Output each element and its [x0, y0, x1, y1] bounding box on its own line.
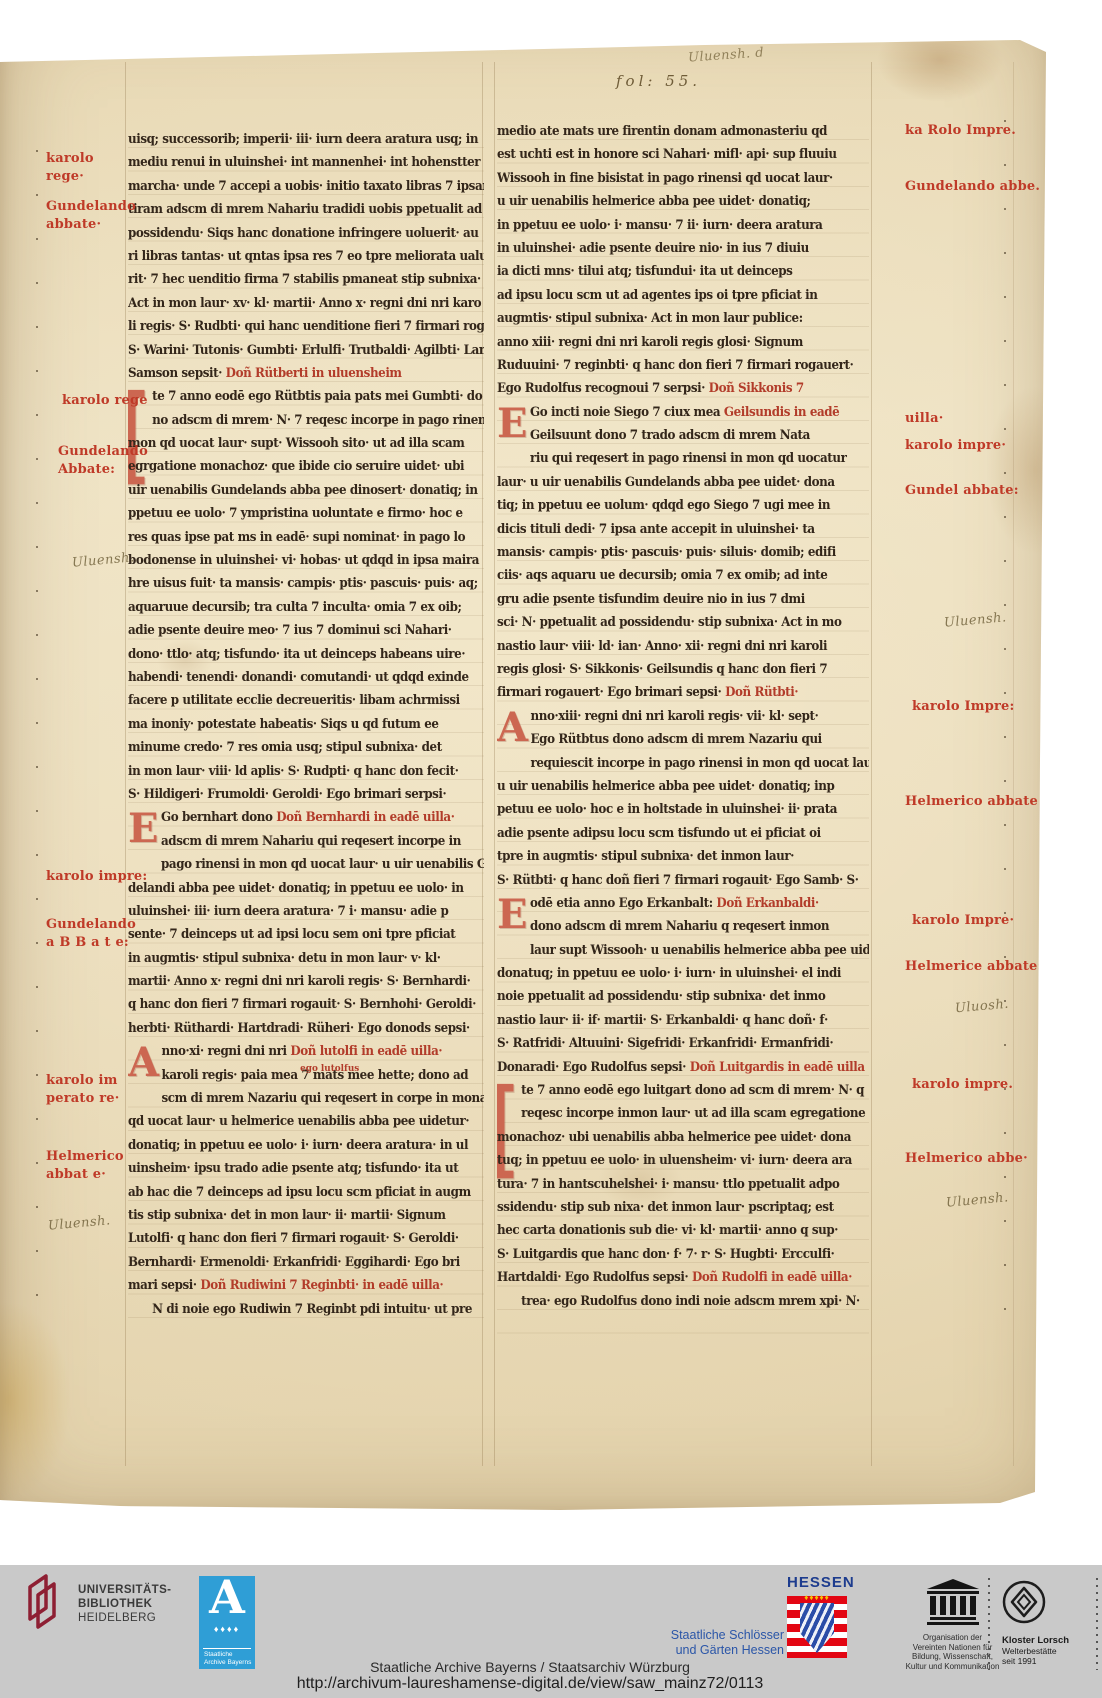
manuscript-text-line: mon qd uocat laur· supt· Wissooh sito· u…: [128, 432, 459, 455]
ink-text: regis glosi· S· Sikkonis· Geilsundis q h…: [497, 662, 827, 677]
marginal-cursive-note: Uluensh.: [47, 1212, 111, 1235]
manuscript-text-line: in mon laur· viii· ld aplis· S· Rudpti· …: [128, 760, 459, 783]
manuscript-text-line: sente· 7 deinceps ut ad ipsi locu sem on…: [128, 923, 459, 946]
manuscript-text-line: Bernhardi· Ermenoldi· Erkanfridi· Eggiha…: [128, 1251, 459, 1274]
ink-text: Ego Rütbtus dono adscm di mrem Nazariu q…: [531, 732, 822, 747]
ink-text: donatuq; in ppetuu ee uolo· i· iurn· in …: [497, 966, 841, 981]
manuscript-text-line: te 7 anno eodē ego luitgart dono ad scm …: [497, 1079, 843, 1102]
ink-text: ciis· aqs aquaru ue decursib; omia 7 ex …: [497, 568, 827, 583]
charter-block: Jtrea· ego Rudolfus dono indi noie adscm…: [497, 1290, 869, 1313]
ink-text: uisq; successorib; imperii· iii· iurn de…: [128, 132, 478, 147]
ink-text: herbti· Rüthardi· Hartdradi· Rüheri· Ego…: [128, 1021, 470, 1036]
ub-line3: HEIDELBERG: [78, 1611, 171, 1625]
manuscript-text-line: res quas ipse pat ms in eadē· supi nomin…: [128, 526, 459, 549]
ink-text: Ruduuini· 7 reginbti· q hanc don fieri 7…: [497, 358, 853, 373]
ink-text: li regis· S· Rudbti· qui hanc uenditione…: [128, 319, 484, 334]
manuscript-text-line: u uir uenabilis helmerice abba pee uidet…: [497, 190, 843, 213]
ink-text: te 7 anno eodē ego luitgart dono ad scm …: [521, 1083, 864, 1098]
archive-divider: [203, 1648, 251, 1649]
dotted-separator: [988, 1578, 990, 1670]
manuscript-text-line: S· Luitgardis que hanc don· f· 7· r· S· …: [497, 1243, 843, 1266]
charter-block: medio ate mats ure firentin donam admona…: [497, 120, 869, 401]
text-column-left: uisq; successorib; imperii· iii· iurn de…: [128, 128, 484, 1333]
ub-heidelberg-book-icon: [22, 1573, 74, 1638]
charter-block: Anno·xi· regni dni nri Doñ lutolfi in ea…: [128, 1040, 484, 1297]
manuscript-text-line: adie psente deuire meo· 7 ius 7 dominui …: [128, 619, 459, 642]
marginal-rubric: karolo imperato re·: [46, 1072, 119, 1108]
ink-text: habendi· tenendi· donandi· comutandi· ut…: [128, 670, 469, 685]
ink-text: nno·xiii· regni dni nri karoli regis· vi…: [531, 709, 819, 724]
manuscript-text-line: S· Warini· Tutonis· Gumbti· Erlulfi· Tru…: [128, 339, 459, 362]
manuscript-text-line: odē etia anno Ego Erkanbalt: Doñ Erkanba…: [497, 892, 843, 915]
ink-text: hre uisus fuit· ta mansis· campis· ptis·…: [128, 576, 478, 591]
manuscript-text-line: ri libras tantas· ut qntas ipsa res 7 eo…: [128, 245, 459, 268]
ink-text: adscm di mrem Nahariu qui reqesert incor…: [161, 834, 461, 849]
manuscript-text-line: martii· Anno x· regni dni nri karoli reg…: [128, 970, 459, 993]
ink-text: ia dicti mns· tilui atq; tisfundui· ita …: [497, 264, 792, 279]
manuscript-text-line: egrgatione monachoz· que ibide cio serui…: [128, 455, 459, 478]
marginal-rubric: Helmerice abbate:: [905, 958, 1043, 976]
manuscript-text-line: regis glosi· S· Sikkonis· Geilsundis q h…: [497, 658, 843, 681]
manuscript-text-line: requiescit incorpe in pago rinensi in mo…: [497, 752, 843, 775]
digitized-manuscript-viewer: fol: 55. Uluensh.Uluensh. d uisq; succes…: [0, 0, 1102, 1698]
ink-text: Wissooh in fine bisistat in pago rinensi…: [497, 171, 833, 186]
manuscript-text-line: delandi abba pee uidet· donatiq; in ppet…: [128, 877, 459, 900]
marginal-rubric: Gundelando abbe.: [905, 178, 1040, 196]
ink-text: Lutolfi· q hanc don fieri 7 firmari roga…: [128, 1231, 459, 1246]
marginal-rubric: Helmerico abbate: [905, 793, 1038, 811]
manuscript-text-line: ad ipsu locu scm ut ad agentes ips oi tp…: [497, 284, 843, 307]
ink-text: N di noie ego Rudiwin 7 Reginbt pdi intu…: [152, 1302, 472, 1317]
ink-text: martii· Anno x· regni dni nri karoli reg…: [128, 974, 470, 989]
manuscript-text-line: rit· 7 hec uenditio firma 7 stabilis pma…: [128, 268, 459, 291]
ink-text: tuq; in ppetuu ee uolo· in uluensheim· v…: [497, 1153, 852, 1168]
prick-marks: [36, 150, 38, 1335]
manuscript-text-line: mansis· campis· ptis· pascuis· puis· sil…: [497, 541, 843, 564]
marginal-rubric: Gundel abbate:: [905, 482, 1019, 500]
ink-text: donatiq; in ppetuu ee uolo· i· iurn· dee…: [128, 1138, 468, 1153]
credit-line: Staatliche Archive Bayerns / Staatsarchi…: [0, 1659, 1060, 1675]
manuscript-text-line: Wissooh in fine bisistat in pago rinensi…: [497, 167, 843, 190]
hessen-lion-shield-icon: [800, 1603, 834, 1653]
ink-text: ad ipsu locu scm ut ad agentes ips oi tp…: [497, 288, 818, 303]
manuscript-text-line: Ego Rudolfus recognoui 7 serpsi· Doñ Sik…: [497, 377, 843, 400]
marginal-rubric: karolo impre:: [46, 868, 147, 886]
ink-text: medio ate mats ure firentin donam admona…: [497, 124, 827, 139]
marginal-rubric: karolo impre.: [912, 1076, 1013, 1094]
ink-text: tiram adscm di mrem Nahariu tradidi uobi…: [128, 202, 482, 217]
ink-text: laur supt Wissooh· u uenabilis helmerice…: [530, 943, 869, 958]
manuscript-text-line: Geilsuunt dono 7 trado adscm di mrem Nat…: [497, 424, 843, 447]
ink-text: S· Rütbti· q hanc doñ fieri 7 firmari ro…: [497, 873, 858, 888]
ink-text: nno·xi· regni dni nri: [162, 1044, 291, 1059]
rubric-text: Doñ Rütberti in uluensheim: [226, 366, 402, 381]
ink-text: dono· ttlo· atq; tisfundo· ita ut deince…: [128, 647, 465, 662]
rubric-text: Doñ Rudolfi in eadē uilla·: [692, 1270, 852, 1285]
ink-text: egrgatione monachoz· que ibide cio serui…: [128, 459, 464, 474]
ink-text: sci· N· ppetualit ad possidendu· stip su…: [497, 615, 842, 630]
ub-line1: UNIVERSITÄTS-: [78, 1583, 171, 1597]
dotted-separator: [1096, 1578, 1098, 1670]
manuscript-text-line: tura· 7 in hantscuhelshei· i· mansu· ttl…: [497, 1173, 843, 1196]
marginal-rubric: karolorege·: [46, 150, 94, 186]
ink-text: uinsheim· ipsu trado adie psente atq; ti…: [128, 1161, 458, 1176]
rubric-text: Doñ Bernhardi in eadē uilla·: [276, 810, 454, 825]
ink-text: q hanc don fieri 7 firmari rogauit· S· B…: [128, 997, 476, 1012]
unesco-logo-block: Organisation der Vereinten Nationen für …: [905, 1579, 1000, 1671]
ink-text: S· Ratfridi· Altuuini· Sigefridi· Erkanf…: [497, 1036, 833, 1051]
ink-text: mon qd uocat laur· supt· Wissooh sito· u…: [128, 436, 464, 451]
ink-text: Bernhardi· Ermenoldi· Erkanfridi· Eggiha…: [128, 1255, 460, 1270]
manuscript-text-line: donatuq; in ppetuu ee uolo· i· iurn· in …: [497, 962, 843, 985]
manuscript-text-line: ssidendu· stip sub nixa· det inmon laur·…: [497, 1196, 843, 1219]
manuscript-text-line: firmari rogauert· Ego brimari sepsi· Doñ…: [497, 681, 843, 704]
ink-text: in mon laur· viii· ld aplis· S· Rudpti· …: [128, 764, 458, 779]
manuscript-text-line: q hanc don fieri 7 firmari rogauit· S· B…: [128, 993, 459, 1016]
ink-text: u uir uenabilis helmerice abba pee uidet…: [497, 779, 834, 794]
ink-text: odē etia anno Ego Erkanbalt:: [530, 896, 716, 911]
ink-text: sente· 7 deinceps ut ad ipsi locu sem on…: [128, 927, 455, 942]
manuscript-text-line: no adscm di mrem· N· 7 reqesc incorpe in…: [128, 409, 459, 432]
manuscript-text-line: possidendu· Siqs hanc donatione infringe…: [128, 222, 459, 245]
ink-text: riu qui reqesert in pago rinensi in mon …: [530, 451, 846, 466]
marginal-cursive-note: Uluensh.: [943, 609, 1007, 632]
ruling-line: [871, 62, 872, 1466]
marginal-rubric: karolo Impre·: [912, 912, 1014, 930]
manuscript-page: fol: 55. Uluensh.Uluensh. d uisq; succes…: [0, 0, 1052, 1515]
marginal-rubric: karolo Impre:: [912, 698, 1015, 716]
manuscript-text-line: nastio laur· ii· if· martii· S· Erkanbal…: [497, 1009, 843, 1032]
marginal-cursive-note: Uluensh.: [945, 1189, 1009, 1212]
rubric-text: Doñ Rütbti·: [725, 685, 798, 700]
manuscript-text-line: pago rinensi in mon qd uocat laur· u uir…: [128, 853, 459, 876]
text-column-right: medio ate mats ure firentin donam admona…: [497, 120, 869, 1342]
ink-text: tura· 7 in hantscuhelshei· i· mansu· ttl…: [497, 1177, 839, 1192]
ink-text: monachoz· ubi uenabilis abba helmerice p…: [497, 1130, 851, 1145]
manuscript-text-line: aquaruue decursib; tra culta 7 inculta· …: [128, 596, 459, 619]
ink-text: uluinshei· iii· iurn deera aratura· 7 i·…: [128, 904, 448, 919]
manuscript-text-line: herbti· Rüthardi· Hartdradi· Rüheri· Ego…: [128, 1017, 459, 1040]
ink-text: S· Warini· Tutonis· Gumbti· Erlulfi· Tru…: [128, 343, 484, 358]
manuscript-text-line: Samson sepsit· Doñ Rütberti in uluenshei…: [128, 362, 459, 385]
manuscript-text-line: uinsheim· ipsu trado adie psente atq; ti…: [128, 1157, 459, 1180]
manuscript-text-line: noie ppetualit ad possidendu· stip subni…: [497, 985, 843, 1008]
manuscript-text-line: uir uenabilis Gundelands abba pee dinose…: [128, 479, 459, 502]
rubric-text: Doñ Luitgardis in eadē uilla: [690, 1060, 865, 1075]
ink-text: scm di mrem Nazariu qui reqesert in corp…: [162, 1091, 484, 1106]
charter-block: Ite 7 anno eodē ego Rütbtis paia pats me…: [128, 385, 484, 806]
prick-marks: [1004, 120, 1006, 1315]
ink-text: requiescit incorpe in pago rinensi in mo…: [531, 756, 869, 771]
hessen-crown-icon: ♦♦♦♦♦: [787, 1594, 847, 1602]
marginal-rubric: Gundelandoa B B a t e:: [46, 916, 136, 952]
ink-text: pago rinensi in mon qd uocat laur· u uir…: [161, 857, 484, 872]
unesco-temple-icon: [927, 1579, 979, 1625]
manuscript-text-line: Lutolfi· q hanc don fieri 7 firmari roga…: [128, 1227, 459, 1250]
ink-text: augmtis· stipul subnixa· Act in mon laur…: [497, 311, 803, 326]
manuscript-text-line: tiq; in ppetuu ee uolum· qdqd ego Siego …: [497, 494, 843, 517]
ink-text: ri libras tantas· ut qntas ipsa res 7 eo…: [128, 249, 484, 264]
ink-text: trea· ego Rudolfus dono indi noie adscm …: [521, 1294, 860, 1309]
ink-text: in uluinshei· adie psente deuire nio· in…: [497, 241, 809, 256]
manuscript-text-line: u uir uenabilis helmerice abba pee uidet…: [497, 775, 843, 798]
manuscript-text-line: Act in mon laur· xv· kl· martii· Anno x·…: [128, 292, 459, 315]
manuscript-text-line: dono adscm di mrem Nahariu q reqesert in…: [497, 915, 843, 938]
manuscript-text-line: riu qui reqesert in pago rinensi in mon …: [497, 447, 843, 470]
ink-text: gru adie psente tisfundim deuire nio in …: [497, 592, 805, 607]
ink-text: in augmtis· stipul subnixa· detu in mon …: [128, 951, 441, 966]
ink-text: delandi abba pee uidet· donatiq; in ppet…: [128, 881, 464, 896]
ink-text: adie psente adipsu locu scm tisfundo ut …: [497, 826, 821, 841]
ink-text: rit· 7 hec uenditio firma 7 stabilis pma…: [128, 272, 481, 287]
manuscript-text-line: in uluinshei· adie psente deuire nio· in…: [497, 237, 843, 260]
ink-text: mediu renui in uluinshei· int mannenhei·…: [128, 155, 480, 170]
ink-text: Donaradi· Ego Rudolfus sepsi·: [497, 1060, 690, 1075]
ink-text: Go bernhart dono: [161, 810, 276, 825]
manuscript-text-line: nno·xiii· regni dni nri karoli regis· vi…: [497, 705, 843, 728]
charter-block: Anno·xiii· regni dni nri karoli regis· v…: [497, 705, 869, 892]
ink-text: possidendu· Siqs hanc donatione infringe…: [128, 226, 479, 241]
manuscript-text-line: ab hac die 7 deinceps ad ipsu locu scm p…: [128, 1181, 459, 1204]
rubric-text: Doñ Erkanbaldi·: [716, 896, 818, 911]
manuscript-text-line: facere p utilitate ecclie decreueritis· …: [128, 689, 459, 712]
manuscript-text-line: mari sepsi· Doñ Rudiwini 7 Reginbti· in …: [128, 1274, 459, 1297]
ink-text: reqesc incorpe inmon laur· ut ad illa sc…: [521, 1106, 865, 1121]
manuscript-text-line: scm di mrem Nazariu qui reqesert in corp…: [128, 1087, 459, 1110]
ink-text: Hartdaldi· Ego Rudolfus sepsi·: [497, 1270, 692, 1285]
manuscript-text-line: S· Hildigeri· Frumoldi· Geroldi· Ego bri…: [128, 783, 459, 806]
manuscript-text-line: bodonense in uluinshei· vi· hobas· ut qd…: [128, 549, 459, 572]
manuscript-text-line: ma inoniy· potestate habeatis· Siqs u qd…: [128, 713, 459, 736]
manuscript-text-line: minume credo· 7 res omia usq; stipul sub…: [128, 736, 459, 759]
marginal-rubric: GundelandoAbbate:: [58, 443, 148, 479]
archive-a-glyph: A: [199, 1570, 255, 1624]
ink-text: hec carta donationis sub die· vi· kl· ma…: [497, 1223, 838, 1238]
charter-block: JN di noie ego Rudiwin 7 Reginbt pdi int…: [128, 1298, 484, 1321]
ink-text: minume credo· 7 res omia usq; stipul sub…: [128, 740, 442, 755]
ink-text: petuu ee uolo· hoc e in holtstade in ulu…: [497, 802, 837, 817]
manuscript-text-line: Hartdaldi· Ego Rudolfus sepsi· Doñ Rudol…: [497, 1266, 843, 1289]
schloesser-gaerten-caption: Staatliche Schlösser und Gärten Hessen: [671, 1628, 784, 1658]
marginal-rubric: uilla·: [905, 410, 943, 428]
ub-heidelberg-wordmark: UNIVERSITÄTS- BIBLIOTHEK HEIDELBERG: [78, 1583, 171, 1625]
ink-text: noie ppetualit ad possidendu· stip subni…: [497, 989, 825, 1004]
ink-text: qd uocat laur· u helmerice uenabilis abb…: [128, 1114, 469, 1129]
ink-text: tiq; in ppetuu ee uolum· qdqd ego Siego …: [497, 498, 830, 513]
manuscript-text-line: S· Ratfridi· Altuuini· Sigefridi· Erkanf…: [497, 1032, 843, 1055]
ink-text: dono adscm di mrem Nahariu q reqesert in…: [530, 919, 829, 934]
ink-text: uir uenabilis Gundelands abba pee dinose…: [128, 483, 478, 498]
ink-text: in ppetuu ee uolo· i· mansu· 7 ii· iurn·…: [497, 218, 822, 233]
manuscript-text-line: S· Rütbti· q hanc doñ fieri 7 firmari ro…: [497, 869, 843, 892]
manuscript-text-line: anno xiii· regni dni nri karoli regis gl…: [497, 331, 843, 354]
manuscript-text-line: medio ate mats ure firentin donam admona…: [497, 120, 843, 143]
ink-text: firmari rogauert· Ego brimari sepsi·: [497, 685, 725, 700]
manuscript-text-line: N di noie ego Rudiwin 7 Reginbt pdi intu…: [128, 1298, 459, 1321]
marginal-rubric: Helmericoabbat e·: [46, 1148, 124, 1184]
ruling-line: [494, 62, 495, 1466]
manuscript-text-line: Donaradi· Ego Rudolfus sepsi· Doñ Luitga…: [497, 1056, 843, 1079]
manuscript-text-line: tiram adscm di mrem Nahariu tradidi uobi…: [128, 198, 459, 221]
credit-block: Staatliche Archive Bayerns / Staatsarchi…: [0, 1659, 1060, 1693]
ink-text: Go incti noie Siego 7 ciux mea: [530, 405, 724, 420]
folio-number: fol: 55.: [616, 72, 701, 90]
charter-block: EGo incti noie Siego 7 ciux mea Geilsund…: [497, 401, 869, 705]
manuscript-text-line: reqesc incorpe inmon laur· ut ad illa sc…: [497, 1102, 843, 1125]
source-url: http://archivum-laureshamense-digital.de…: [0, 1675, 1060, 1693]
manuscript-text-line: Go bernhart dono Doñ Bernhardi in eadē u…: [128, 806, 459, 829]
ink-text: laur· u uir uenabilis Gundelands abba pe…: [497, 475, 835, 490]
manuscript-text-line: ia dicti mns· tilui atq; tisfundui· ita …: [497, 260, 843, 283]
footer-bar: UNIVERSITÄTS- BIBLIOTHEK HEIDELBERG A ♦♦…: [0, 1565, 1102, 1698]
charter-block: EGo bernhart dono Doñ Bernhardi in eadē …: [128, 806, 484, 1040]
charter-block: Eodē etia anno Ego Erkanbalt: Doñ Erkanb…: [497, 892, 869, 1079]
early-modern-annotation: Uluensh.: [110, 32, 174, 51]
charter-block: Ite 7 anno eodē ego luitgart dono ad scm…: [497, 1079, 869, 1290]
kloster-lorsch-seal-icon: [1002, 1580, 1046, 1624]
ink-text: Geilsuunt dono 7 trado adscm di mrem Nat…: [530, 428, 810, 443]
ink-text: ab hac die 7 deinceps ad ipsu locu scm p…: [128, 1185, 471, 1200]
ink-text: aquaruue decursib; tra culta 7 inculta· …: [128, 600, 461, 615]
manuscript-text-line: li regis· S· Rudbti· qui hanc uenditione…: [128, 315, 459, 338]
ink-text: Ego Rudolfus recognoui 7 serpsi·: [497, 381, 709, 396]
manuscript-text-line: adie psente adipsu locu scm tisfundo ut …: [497, 822, 843, 845]
marginal-rubric: Gundelandoabbate·: [46, 198, 136, 234]
manuscript-text-line: petuu ee uolo· hoc e in holtstade in ulu…: [497, 798, 843, 821]
manuscript-text-line: tis stip subnixa· det in mon laur· ii· m…: [128, 1204, 459, 1227]
manuscript-text-line: karoli regis· paia mea 7 mats mee hette;…: [128, 1064, 459, 1087]
manuscript-text-line: habendi· tenendi· donandi· comutandi· ut…: [128, 666, 459, 689]
manuscript-text-line: laur supt Wissooh· u uenabilis helmerice…: [497, 939, 843, 962]
ub-line2: BIBLIOTHEK: [78, 1597, 171, 1611]
manuscript-text-line: nastio laur· viii· ld· ian· Anno· xii· r…: [497, 635, 843, 658]
ink-text: no adscm di mrem· N· 7 reqesc incorpe in…: [152, 413, 484, 428]
early-modern-annotation: Uluensh. d: [688, 45, 765, 65]
ruling-line: [125, 62, 126, 1466]
manuscript-text-line: uisq; successorib; imperii· iii· iurn de…: [128, 128, 459, 151]
marginal-rubric: karolo rege: [62, 392, 148, 410]
manuscript-text-line: tpre in augmtis· stipul subnixa· det inm…: [497, 845, 843, 868]
interlinear-note: ego lutolfus: [300, 1057, 359, 1080]
staatliche-archive-bayerns-logo: A ♦♦♦♦ Staatliche Archive Bayerns: [199, 1576, 255, 1669]
ink-text: ma inoniy· potestate habeatis· Siqs u qd…: [128, 717, 439, 732]
ink-text: adie psente deuire meo· 7 ius 7 dominui …: [128, 623, 452, 638]
manuscript-text-line: Ego Rütbtus dono adscm di mrem Nazariu q…: [497, 728, 843, 751]
manuscript-text-line: donatiq; in ppetuu ee uolo· i· iurn· dee…: [128, 1134, 459, 1157]
manuscript-text-line: qd uocat laur· u helmerice uenabilis abb…: [128, 1110, 459, 1133]
archive-diamonds-icon: ♦♦♦♦: [199, 1624, 255, 1634]
manuscript-text-line: marcha· unde 7 accepi a uobis· initio ta…: [128, 175, 459, 198]
ink-text: S· Hildigeri· Frumoldi· Geroldi· Ego bri…: [128, 787, 446, 802]
manuscript-text-line: Go incti noie Siego 7 ciux mea Geilsundi…: [497, 401, 843, 424]
manuscript-text-line: te 7 anno eodē ego Rütbtis paia pats mei…: [128, 385, 459, 408]
manuscript-text-line: ppetuu ee uolo· 7 ympristina uoluntate e…: [128, 502, 459, 525]
ink-text: tpre in augmtis· stipul subnixa· det inm…: [497, 849, 794, 864]
manuscript-text-line: nno·xi· regni dni nri Doñ lutolfi in ead…: [128, 1040, 459, 1063]
marginal-rubric: karolo impre·: [905, 437, 1006, 455]
manuscript-text-line: tuq; in ppetuu ee uolo· in uluensheim· v…: [497, 1149, 843, 1172]
rubric-text: Doñ Rudiwini 7 Reginbti· in eadē uilla·: [200, 1278, 443, 1293]
manuscript-text-line: sci· N· ppetualit ad possidendu· stip su…: [497, 611, 843, 634]
ink-text: mari sepsi·: [128, 1278, 200, 1293]
rubric-text: Doñ Sikkonis 7: [709, 381, 804, 396]
manuscript-text-line: in augmtis· stipul subnixa· detu in mon …: [128, 947, 459, 970]
ink-text: te 7 anno eodē ego Rütbtis paia pats mei…: [152, 389, 482, 404]
ink-text: dicis tituli dedi· 7 ipsa ante accepit i…: [497, 522, 815, 537]
ruling-line: [1013, 62, 1014, 1466]
manuscript-text-line: dono· ttlo· atq; tisfundo· ita ut deince…: [128, 643, 459, 666]
ink-text: nastio laur· viii· ld· ian· Anno· xii· r…: [497, 639, 827, 654]
ink-text: Act in mon laur· xv· kl· martii· Anno x·…: [128, 296, 481, 311]
manuscript-text-line: adscm di mrem Nahariu qui reqesert incor…: [128, 830, 459, 853]
charter-block: uisq; successorib; imperii· iii· iurn de…: [128, 128, 484, 385]
ink-text: u uir uenabilis helmerice abba pee uidet…: [497, 194, 810, 209]
ink-text: anno xiii· regni dni nri karoli regis gl…: [497, 335, 803, 350]
manuscript-text-line: mediu renui in uluinshei· int mannenhei·…: [128, 151, 459, 174]
manuscript-text-line: est uchti est in honore sci Nahari· mifl…: [497, 143, 843, 166]
manuscript-text-line: laur· u uir uenabilis Gundelands abba pe…: [497, 471, 843, 494]
hessen-wordmark: HESSEN: [787, 1574, 847, 1591]
manuscript-text-line: dicis tituli dedi· 7 ipsa ante accepit i…: [497, 518, 843, 541]
manuscript-text-line: ciis· aqs aquaru ue decursib; omia 7 ex …: [497, 564, 843, 587]
ink-text: facere p utilitate ecclie decreueritis· …: [128, 693, 460, 708]
rubric-text: Geilsundis in eadē: [724, 405, 839, 420]
manuscript-text-line: gru adie psente tisfundim deuire nio in …: [497, 588, 843, 611]
manuscript-text-line: in ppetuu ee uolo· i· mansu· 7 ii· iurn·…: [497, 214, 843, 237]
manuscript-text-line: hec carta donationis sub die· vi· kl· ma…: [497, 1219, 843, 1242]
ink-text: S· Luitgardis que hanc don· f· 7· r· S· …: [497, 1247, 834, 1262]
marginal-rubric: Helmerico abbe·: [905, 1150, 1028, 1168]
ink-text: est uchti est in honore sci Nahari· mifl…: [497, 147, 837, 162]
ink-text: bodonense in uluinshei· vi· hobas· ut qd…: [128, 553, 479, 568]
ink-text: marcha· unde 7 accepi a uobis· initio ta…: [128, 179, 484, 194]
manuscript-text-line: uluinshei· iii· iurn deera aratura· 7 i·…: [128, 900, 459, 923]
manuscript-text-line: monachoz· ubi uenabilis abba helmerice p…: [497, 1126, 843, 1149]
ink-text: ssidendu· stip sub nixa· det inmon laur·…: [497, 1200, 834, 1215]
manuscript-text-line: trea· ego Rudolfus dono indi noie adscm …: [497, 1290, 843, 1313]
ink-text: tis stip subnixa· det in mon laur· ii· m…: [128, 1208, 445, 1223]
manuscript-text-line: Ruduuini· 7 reginbti· q hanc don fieri 7…: [497, 354, 843, 377]
hessen-shield-icon: ♦♦♦♦♦: [787, 1596, 847, 1658]
ink-text: mansis· campis· ptis· pascuis· puis· sil…: [497, 545, 836, 560]
ink-text: nastio laur· ii· if· martii· S· Erkanbal…: [497, 1013, 828, 1028]
marginal-cursive-note: Uluosh.: [954, 996, 1009, 1019]
manuscript-text-line: hre uisus fuit· ta mansis· campis· ptis·…: [128, 572, 459, 595]
manuscript-text-line: augmtis· stipul subnixa· Act in mon laur…: [497, 307, 843, 330]
ink-text: ppetuu ee uolo· 7 ympristina uoluntate e…: [128, 506, 463, 521]
ink-text: res quas ipse pat ms in eadē· supi nomin…: [128, 530, 465, 545]
marginal-rubric: ka Rolo Impre.: [905, 122, 1016, 140]
kloster-lorsch-block: Kloster Lorsch Welterbestätte seit 1991: [1002, 1580, 1092, 1666]
